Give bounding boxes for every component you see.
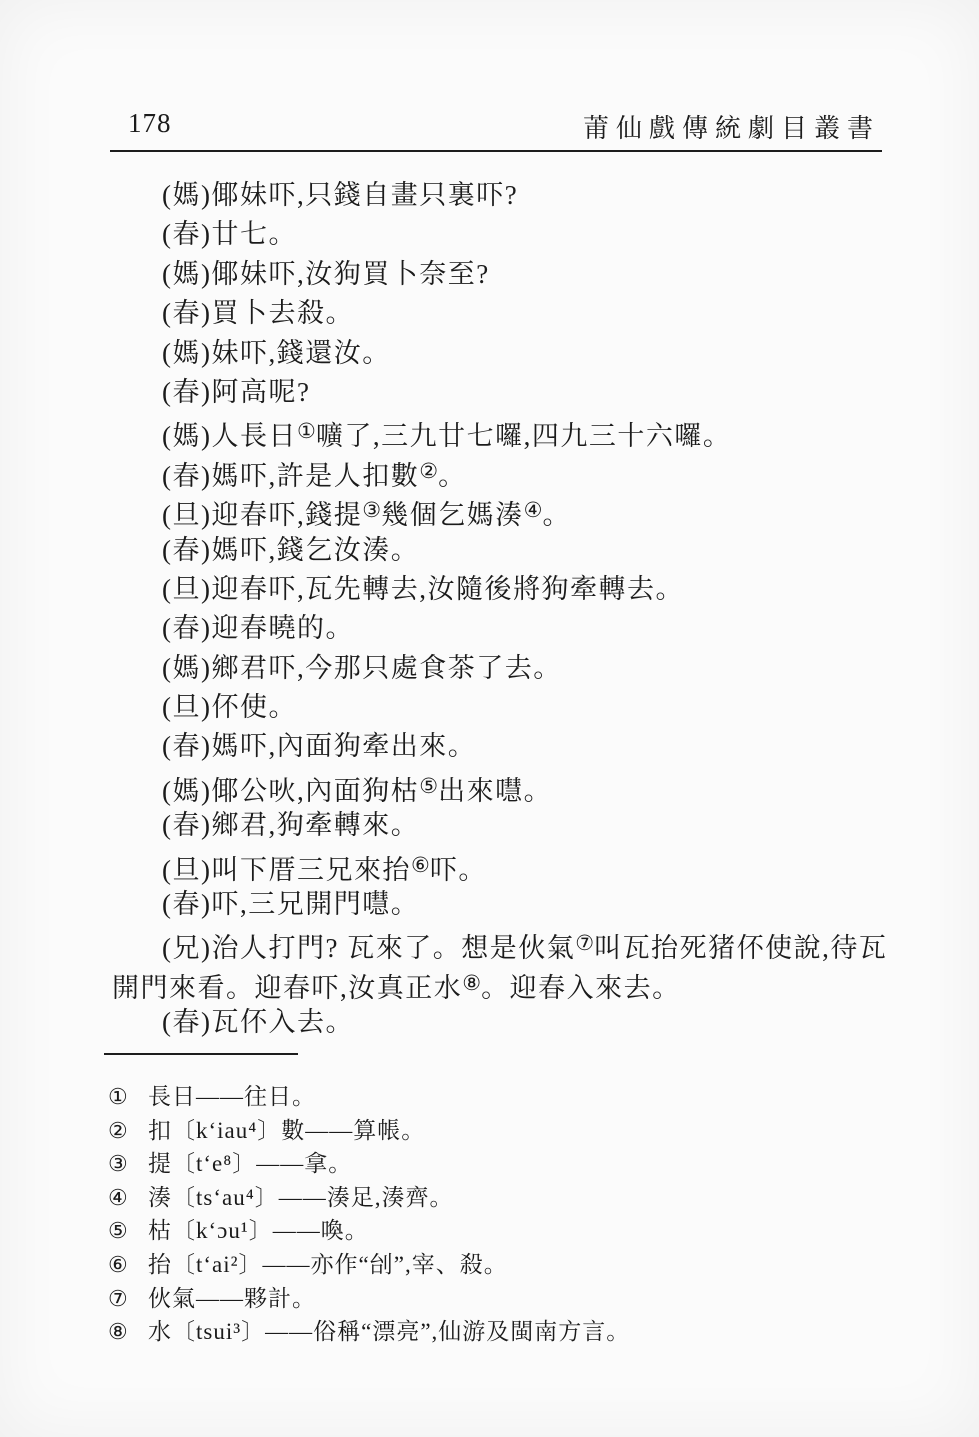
dialogue-line: (媽)鄉君吓,今那只處食茶了去。 xyxy=(112,649,887,688)
scanned-book-page: 178 莆仙戲傳統劇目叢書 (媽)倻妹吓,只錢自畫只裏吓? (春)廿七。 (媽)… xyxy=(0,0,979,1437)
dialogue-line: (旦)伓使。 xyxy=(112,688,887,727)
footnotes-block: ① 長日——往日。 ② 扣〔k‘iau⁴〕數——算帳。 ③ 提〔t‘e⁸〕——拿… xyxy=(108,1080,908,1349)
dialogue-block: (媽)倻妹吓,只錢自畫只裏吓? (春)廿七。 (媽)倻妹吓,汝狗買卜奈至? (春… xyxy=(112,176,887,1043)
footnote-item: ② 扣〔k‘iau⁴〕數——算帳。 xyxy=(108,1114,908,1148)
page-number: 178 xyxy=(128,108,172,139)
dialogue-line: (媽)妹吓,錢還汝。 xyxy=(112,334,887,373)
dialogue-line: (春)迎春曉的。 xyxy=(112,609,887,648)
dialogue-line: (春)買卜去殺。 xyxy=(112,294,887,333)
footnote-text: 枯〔k‘ɔu¹〕——喚。 xyxy=(148,1214,369,1248)
series-title: 莆仙戲傳統劇目叢書 xyxy=(583,108,880,145)
footnote-item: ④ 湊〔ts‘au⁴〕——湊足,湊齊。 xyxy=(108,1181,908,1215)
footnote-marker: ⑥ xyxy=(108,1248,148,1282)
footnote-item: ⑥ 抬〔t‘ai²〕——亦作“刣”,宰、殺。 xyxy=(108,1248,908,1282)
dialogue-line: (春)媽吓,許是人扣數②。 xyxy=(112,452,887,491)
footnote-item: ③ 提〔t‘e⁸〕——拿。 xyxy=(108,1147,908,1181)
dialogue-line: (媽)倻妹吓,只錢自畫只裏吓? xyxy=(112,176,887,215)
dialogue-line: (春)廿七。 xyxy=(112,215,887,254)
dialogue-line: (春)阿高呢? xyxy=(112,373,887,412)
dialogue-line: (旦)迎春吓,瓦先轉去,汝隨後將狗牽轉去。 xyxy=(112,570,887,609)
dialogue-line: (春)瓦伓入去。 xyxy=(112,1003,887,1042)
footnote-divider xyxy=(104,1053,298,1055)
footnote-text: 扣〔k‘iau⁴〕數——算帳。 xyxy=(148,1114,425,1148)
dialogue-line-continuation: 開門來看。迎春吓,汝真正水⑧。迎春入來去。 xyxy=(112,964,887,1003)
dialogue-line: (春)吓,三兄開門嚖。 xyxy=(112,885,887,924)
footnote-marker: ① xyxy=(108,1080,148,1114)
dialogue-line: (春)媽吓,內面狗牽出來。 xyxy=(112,727,887,766)
footnote-text: 提〔t‘e⁸〕——拿。 xyxy=(148,1147,352,1181)
dialogue-line: (旦)叫下厝三兄來抬⑥吓。 xyxy=(112,846,887,885)
dialogue-line: (春)媽吓,錢乞汝湊。 xyxy=(112,531,887,570)
footnote-item: ⑦ 伙氣——夥計。 xyxy=(108,1282,908,1316)
dialogue-line: (媽)倻妹吓,汝狗買卜奈至? xyxy=(112,255,887,294)
footnote-marker: ④ xyxy=(108,1181,148,1215)
dialogue-line: (春)鄉君,狗牽轉來。 xyxy=(112,806,887,845)
footnote-text: 湊〔ts‘au⁴〕——湊足,湊齊。 xyxy=(148,1181,453,1215)
header-rule xyxy=(110,150,882,152)
footnote-marker: ⑧ xyxy=(108,1315,148,1349)
dialogue-line: (兄)治人打門? 瓦來了。想是伙氣⑦叫瓦抬死猪伓使說,待瓦 xyxy=(112,924,887,963)
dialogue-line: (媽)倻公吙,內面狗枯⑤出來嚖。 xyxy=(112,767,887,806)
footnote-text: 水〔tsui³〕——俗稱“漂亮”,仙游及閩南方言。 xyxy=(148,1315,630,1349)
footnote-marker: ② xyxy=(108,1114,148,1148)
footnote-item: ⑧ 水〔tsui³〕——俗稱“漂亮”,仙游及閩南方言。 xyxy=(108,1315,908,1349)
footnote-item: ① 長日——往日。 xyxy=(108,1080,908,1114)
footnote-text: 伙氣——夥計。 xyxy=(148,1282,316,1316)
footnote-marker: ⑤ xyxy=(108,1214,148,1248)
footnote-marker: ③ xyxy=(108,1147,148,1181)
footnote-text: 抬〔t‘ai²〕——亦作“刣”,宰、殺。 xyxy=(148,1248,508,1282)
footnote-marker: ⑦ xyxy=(108,1282,148,1316)
footnote-text: 長日——往日。 xyxy=(148,1080,316,1114)
dialogue-line: (旦)迎春吓,錢提③幾個乞媽湊④。 xyxy=(112,491,887,530)
footnote-item: ⑤ 枯〔k‘ɔu¹〕——喚。 xyxy=(108,1214,908,1248)
dialogue-line: (媽)人長日①嚝了,三九廿七囉,四九三十六囉。 xyxy=(112,412,887,451)
